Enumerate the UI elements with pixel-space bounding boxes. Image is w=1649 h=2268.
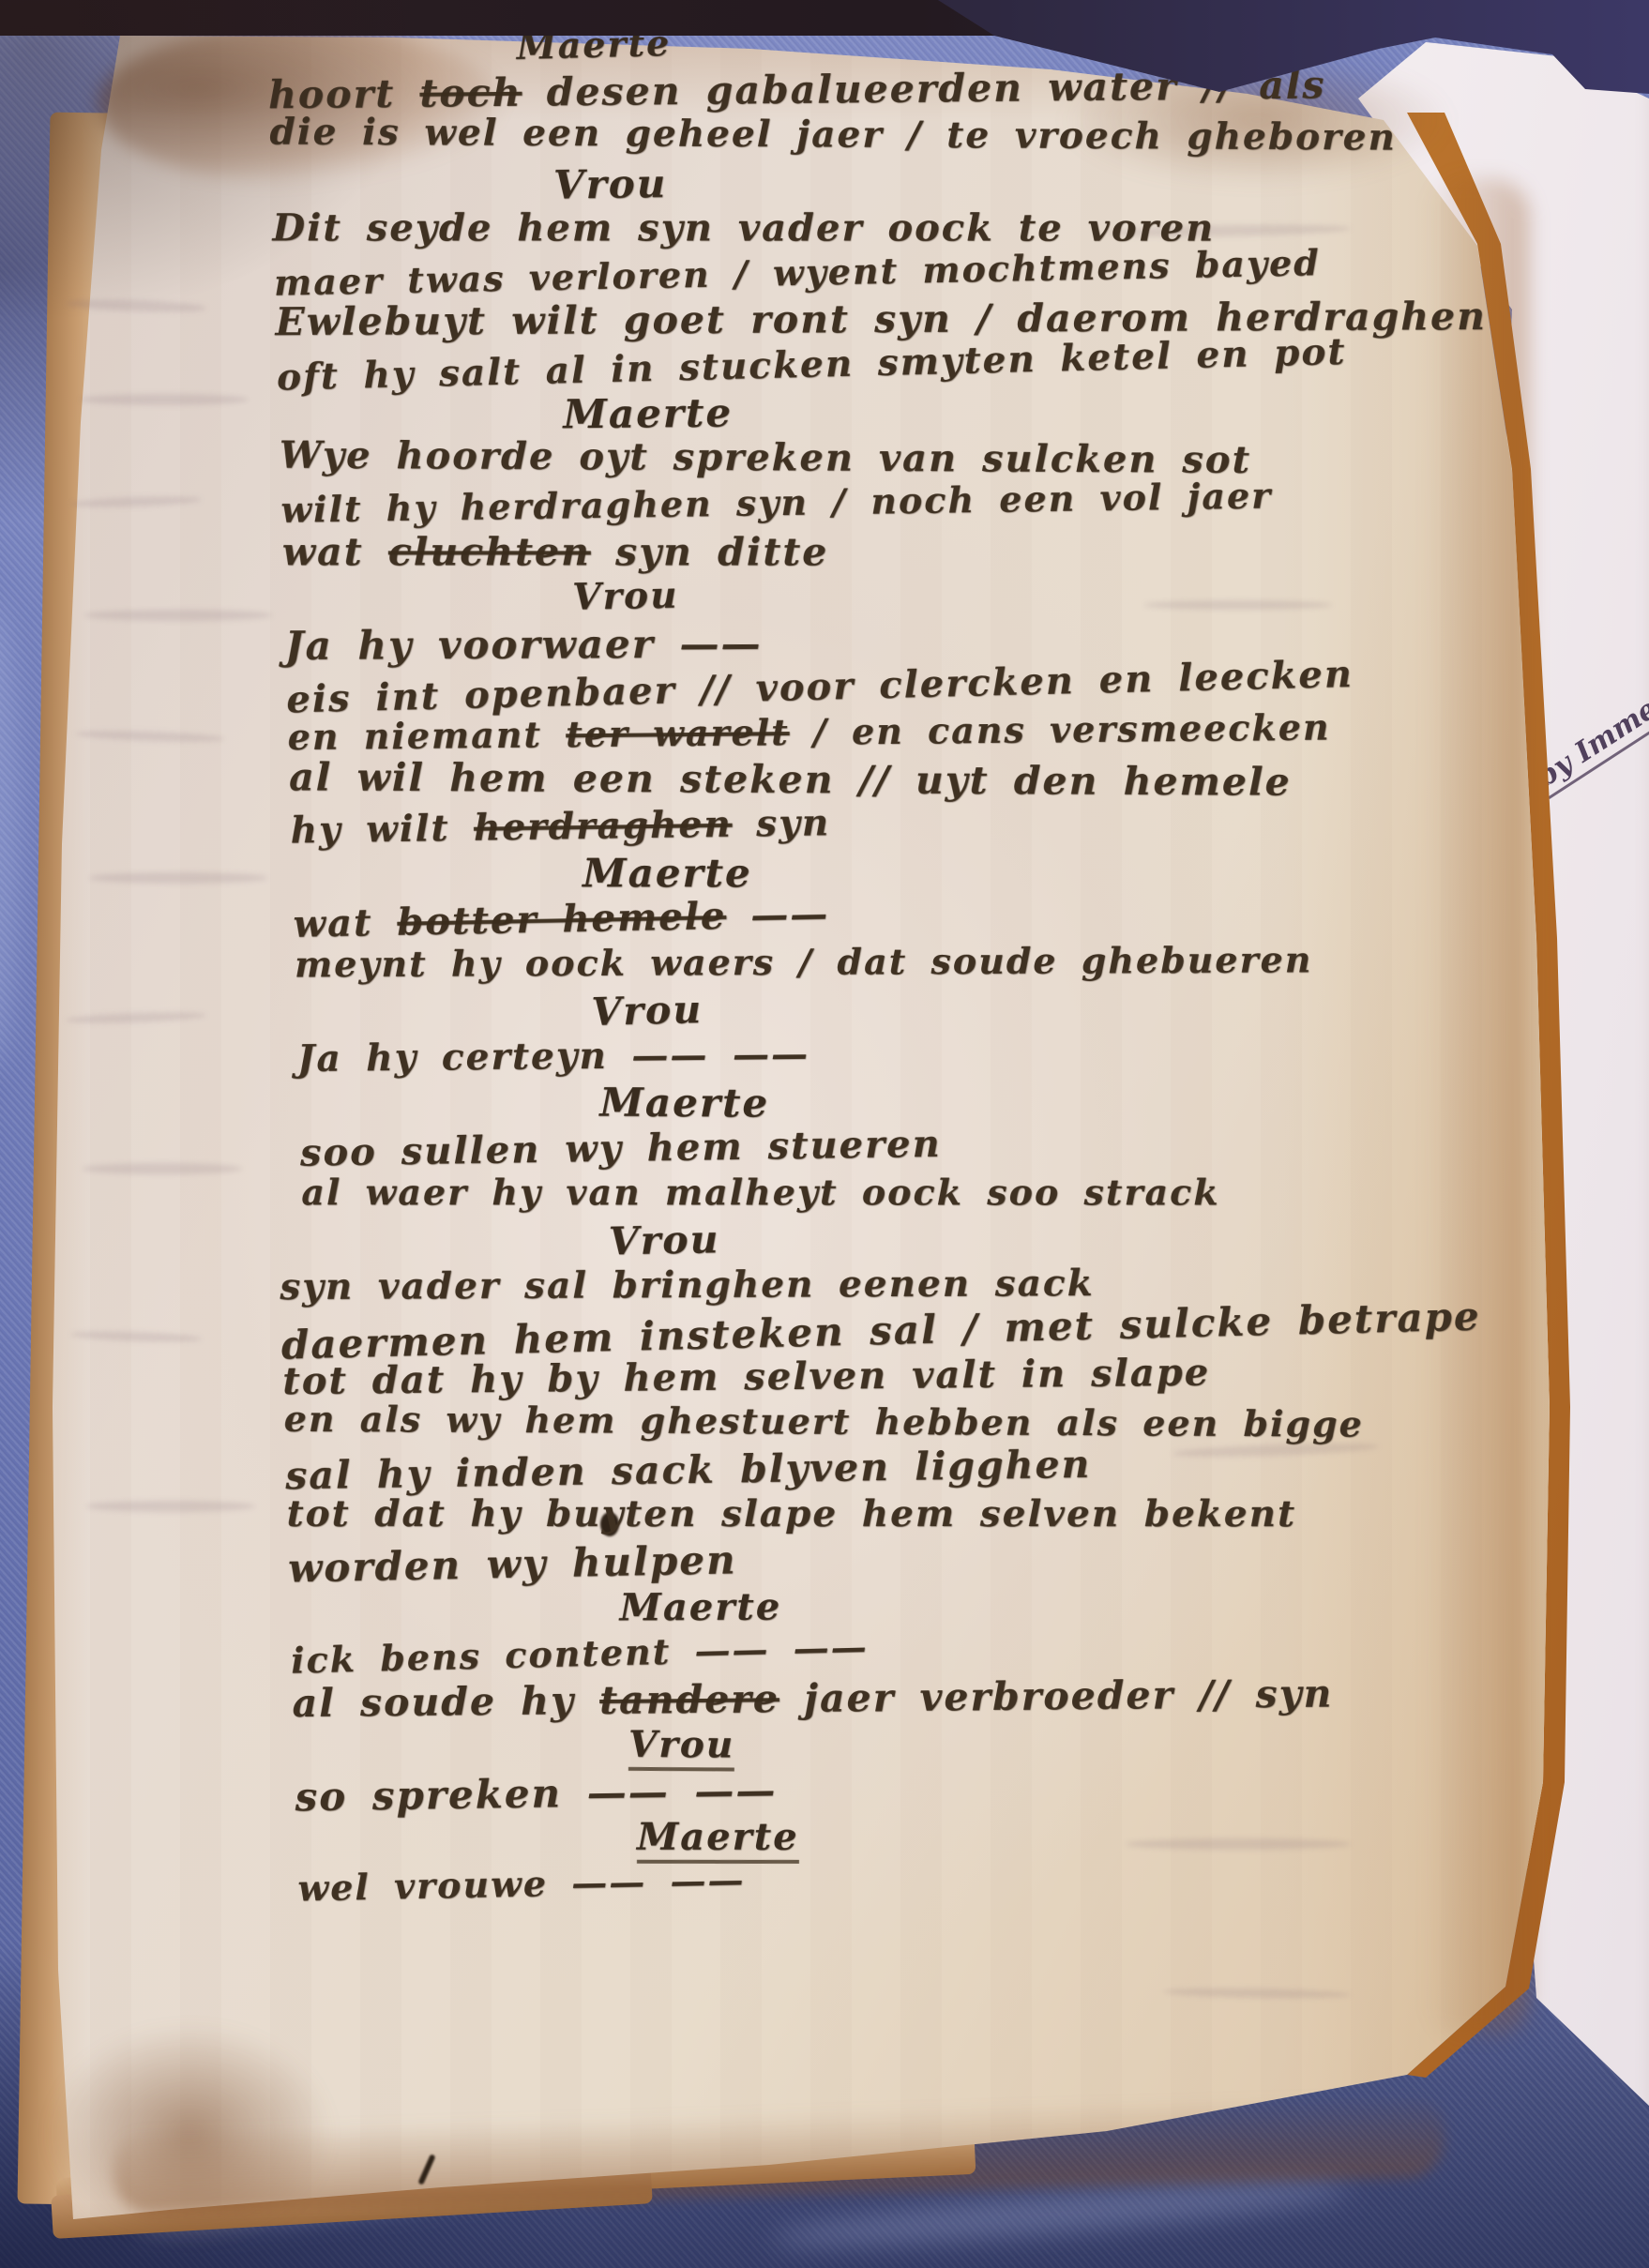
- fabric-crease-highlight: [768, 2170, 1351, 2258]
- struck-words: toch: [419, 70, 522, 116]
- struck-words: herdraghen: [474, 803, 733, 850]
- struck-words: tandere: [599, 1676, 779, 1723]
- struck-words: ter warelt: [566, 711, 790, 755]
- verse-line: die is wel een geheel jaer / te vroech g…: [273, 107, 1492, 164]
- fabric-crease-highlight: [0, 600, 19, 1069]
- photograph-of-manuscript: by Imme Maertehoort toch desen gabalueer…: [0, 0, 1649, 2268]
- verse-line: en als wy hem ghestuert hebben als een b…: [285, 1394, 1505, 1451]
- top-shadow-band: [0, 0, 1649, 36]
- struck-words: cluchten: [388, 529, 591, 574]
- struck-words: botter hemele: [397, 894, 727, 945]
- text-block: Maertehoort toch desen gabalueerden wate…: [272, 15, 1509, 1911]
